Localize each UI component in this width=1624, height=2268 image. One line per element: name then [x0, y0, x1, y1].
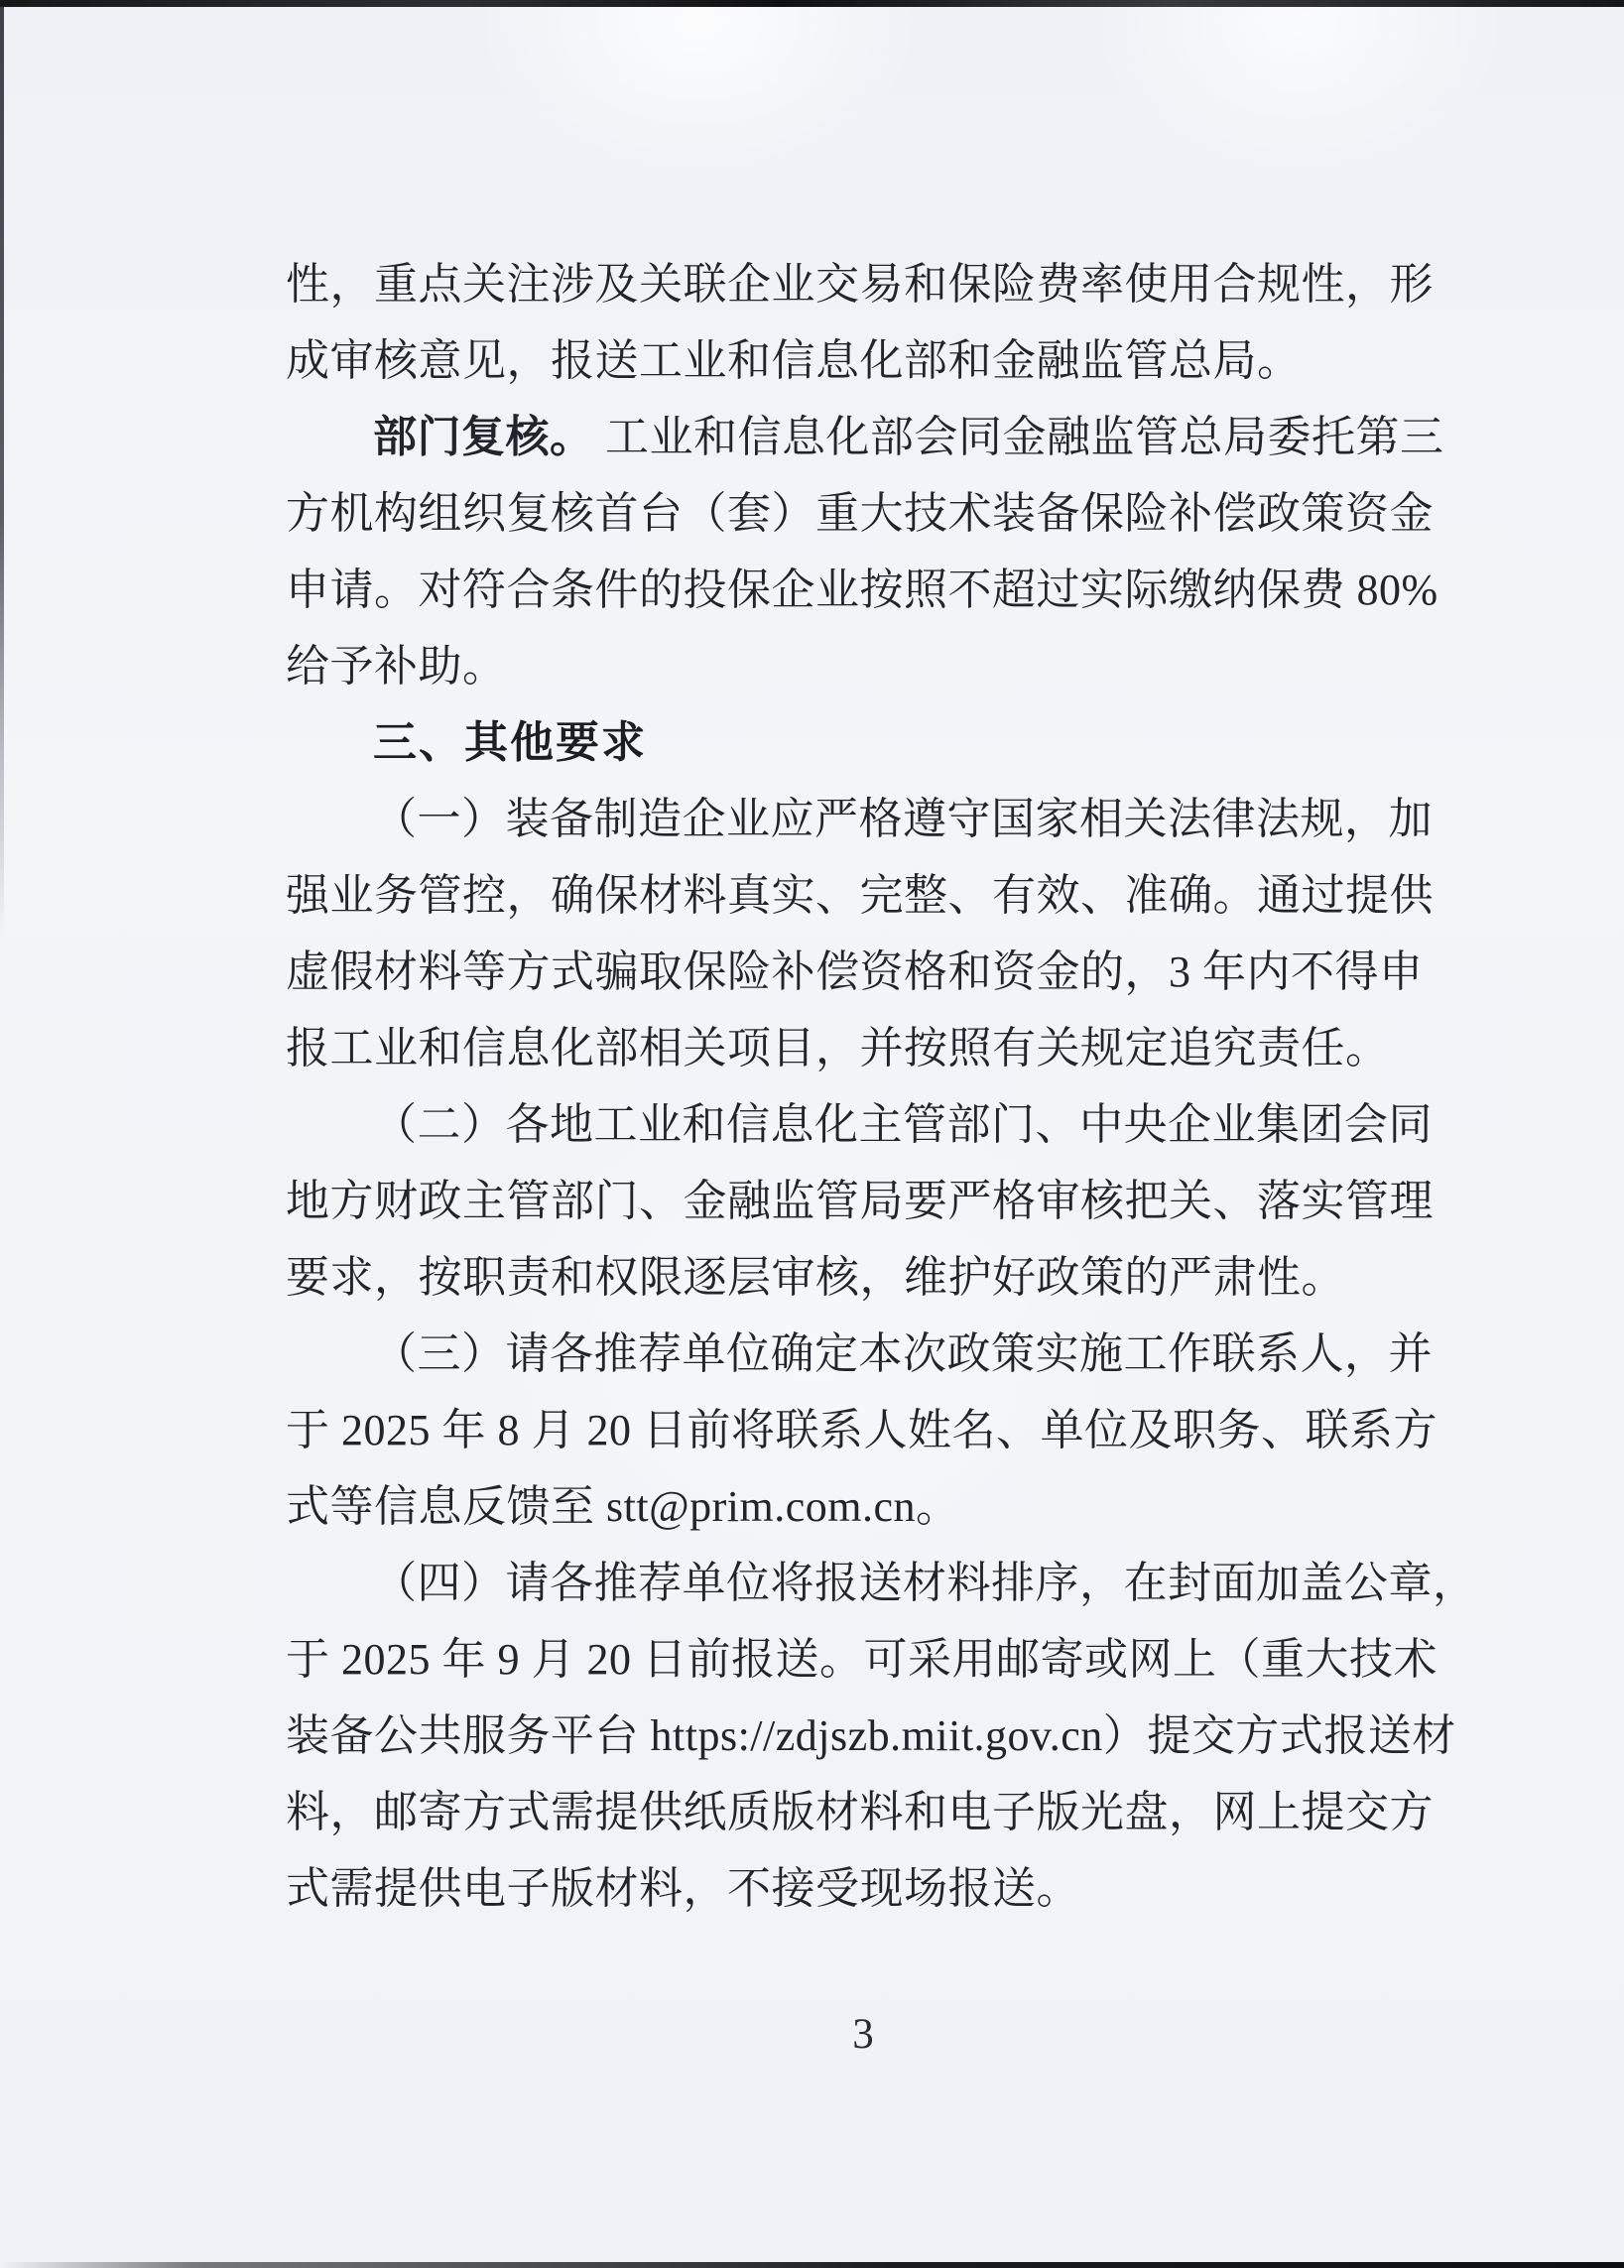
text-run: 式等信息反馈至 stt@prim.com.cn。	[286, 1482, 959, 1531]
text-line: 成审核意见，报送工业和信息化部和金融监管总局。	[286, 322, 1397, 399]
text-run: 强业务管控，确保材料真实、完整、有效、准确。通过提供	[286, 871, 1434, 920]
text-run: （四）请各推荐单位将报送材料排序，在封面加盖公章，	[373, 1559, 1477, 1607]
text-line: （三）请各推荐单位确定本次政策实施工作联系人，并	[286, 1316, 1397, 1392]
scan-edge-left	[0, 7, 4, 940]
text-run: 报工业和信息化部相关项目，并按照有关规定追究责任。	[286, 1024, 1390, 1072]
text-line: 给予补助。	[286, 628, 1397, 704]
text-run: 虚假材料等方式骗取保险补偿资格和资金的，3 年内不得申	[286, 947, 1424, 996]
text-run: （一）装备制造企业应严格遵守国家相关法律法规，加	[373, 795, 1433, 843]
text-line: 性，重点关注涉及关联企业交易和保险费率使用合规性，形	[286, 246, 1397, 322]
text-line: 装备公共服务平台 https://zdjszb.miit.gov.cn）提交方式…	[286, 1698, 1397, 1774]
text-line: 虚假材料等方式骗取保险补偿资格和资金的，3 年内不得申	[286, 934, 1397, 1010]
text-line: 料，邮寄方式需提供纸质版材料和电子版光盘，网上提交方	[286, 1774, 1397, 1850]
text-run: 于 2025 年 8 月 20 日前将联系人姓名、单位及职务、联系方	[286, 1406, 1437, 1454]
page-number: 3	[286, 2000, 1440, 2070]
text-run: 成审核意见，报送工业和信息化部和金融监管总局。	[286, 336, 1302, 385]
text-run: 料，邮寄方式需提供纸质版材料和电子版光盘，网上提交方	[286, 1788, 1434, 1836]
text-line: 方机构组织复核首台（套）重大技术装备保险补偿政策资金	[286, 475, 1397, 552]
scan-edge-bottom	[0, 2262, 1624, 2268]
text-run: 于 2025 年 9 月 20 日前报送。可采用邮寄或网上（重大技术	[286, 1635, 1437, 1684]
text-line: （一）装备制造企业应严格遵守国家相关法律法规，加	[286, 781, 1397, 857]
text-line: 于 2025 年 9 月 20 日前报送。可采用邮寄或网上（重大技术	[286, 1621, 1397, 1698]
text-run: 性，重点关注涉及关联企业交易和保险费率使用合规性，形	[286, 260, 1434, 309]
text-line: （四）请各推荐单位将报送材料排序，在封面加盖公章，	[286, 1545, 1397, 1621]
text-run: 工业和信息化部会同金融监管总局委托第三	[605, 413, 1444, 461]
bold-run: 部门复核。	[373, 413, 594, 461]
text-line: 三、其他要求	[286, 704, 1397, 781]
text-run: 要求，按职责和权限逐层审核，维护好政策的严肃性。	[286, 1253, 1345, 1302]
text-run: 装备公共服务平台 https://zdjszb.miit.gov.cn）提交方式…	[286, 1711, 1456, 1760]
text-run: 地方财政主管部门、金融监管局要严格审核把关、落实管理	[286, 1177, 1434, 1225]
text-line: 式等信息反馈至 stt@prim.com.cn。	[286, 1468, 1397, 1545]
text-run: 给予补助。	[286, 642, 507, 691]
text-run: 方机构组织复核首台（套）重大技术装备保险补偿政策资金	[286, 489, 1434, 538]
text-line: 要求，按职责和权限逐层审核，维护好政策的严肃性。	[286, 1239, 1397, 1316]
text-run: （三）请各推荐单位确定本次政策实施工作联系人，并	[373, 1329, 1433, 1378]
text-line: 地方财政主管部门、金融监管局要严格审核把关、落实管理	[286, 1163, 1397, 1239]
text-line: （二）各地工业和信息化主管部门、中央企业集团会同	[286, 1086, 1397, 1163]
text-run: 申请。对符合条件的投保企业按照不超过实际缴纳保费 80%	[286, 566, 1438, 614]
text-line: 于 2025 年 8 月 20 日前将联系人姓名、单位及职务、联系方	[286, 1392, 1397, 1468]
text-line: 部门复核。 工业和信息化部会同金融监管总局委托第三	[286, 399, 1397, 475]
bold-run: 三、其他要求	[373, 718, 647, 767]
text-line: 报工业和信息化部相关项目，并按照有关规定追究责任。	[286, 1010, 1397, 1086]
scanned-page: 性，重点关注涉及关联企业交易和保险费率使用合规性，形 成审核意见，报送工业和信息…	[0, 0, 1624, 2268]
text-line: 式需提供电子版材料，不接受现场报送。	[286, 1850, 1397, 1927]
text-line: 强业务管控，确保材料真实、完整、有效、准确。通过提供	[286, 857, 1397, 934]
text-run: 式需提供电子版材料，不接受现场报送。	[286, 1864, 1080, 1913]
text-line: 申请。对符合条件的投保企业按照不超过实际缴纳保费 80%	[286, 552, 1397, 628]
document-body: 性，重点关注涉及关联企业交易和保险费率使用合规性，形 成审核意见，报送工业和信息…	[286, 246, 1397, 1927]
scan-edge-top	[0, 0, 1624, 7]
text-run: （二）各地工业和信息化主管部门、中央企业集团会同	[373, 1100, 1433, 1149]
